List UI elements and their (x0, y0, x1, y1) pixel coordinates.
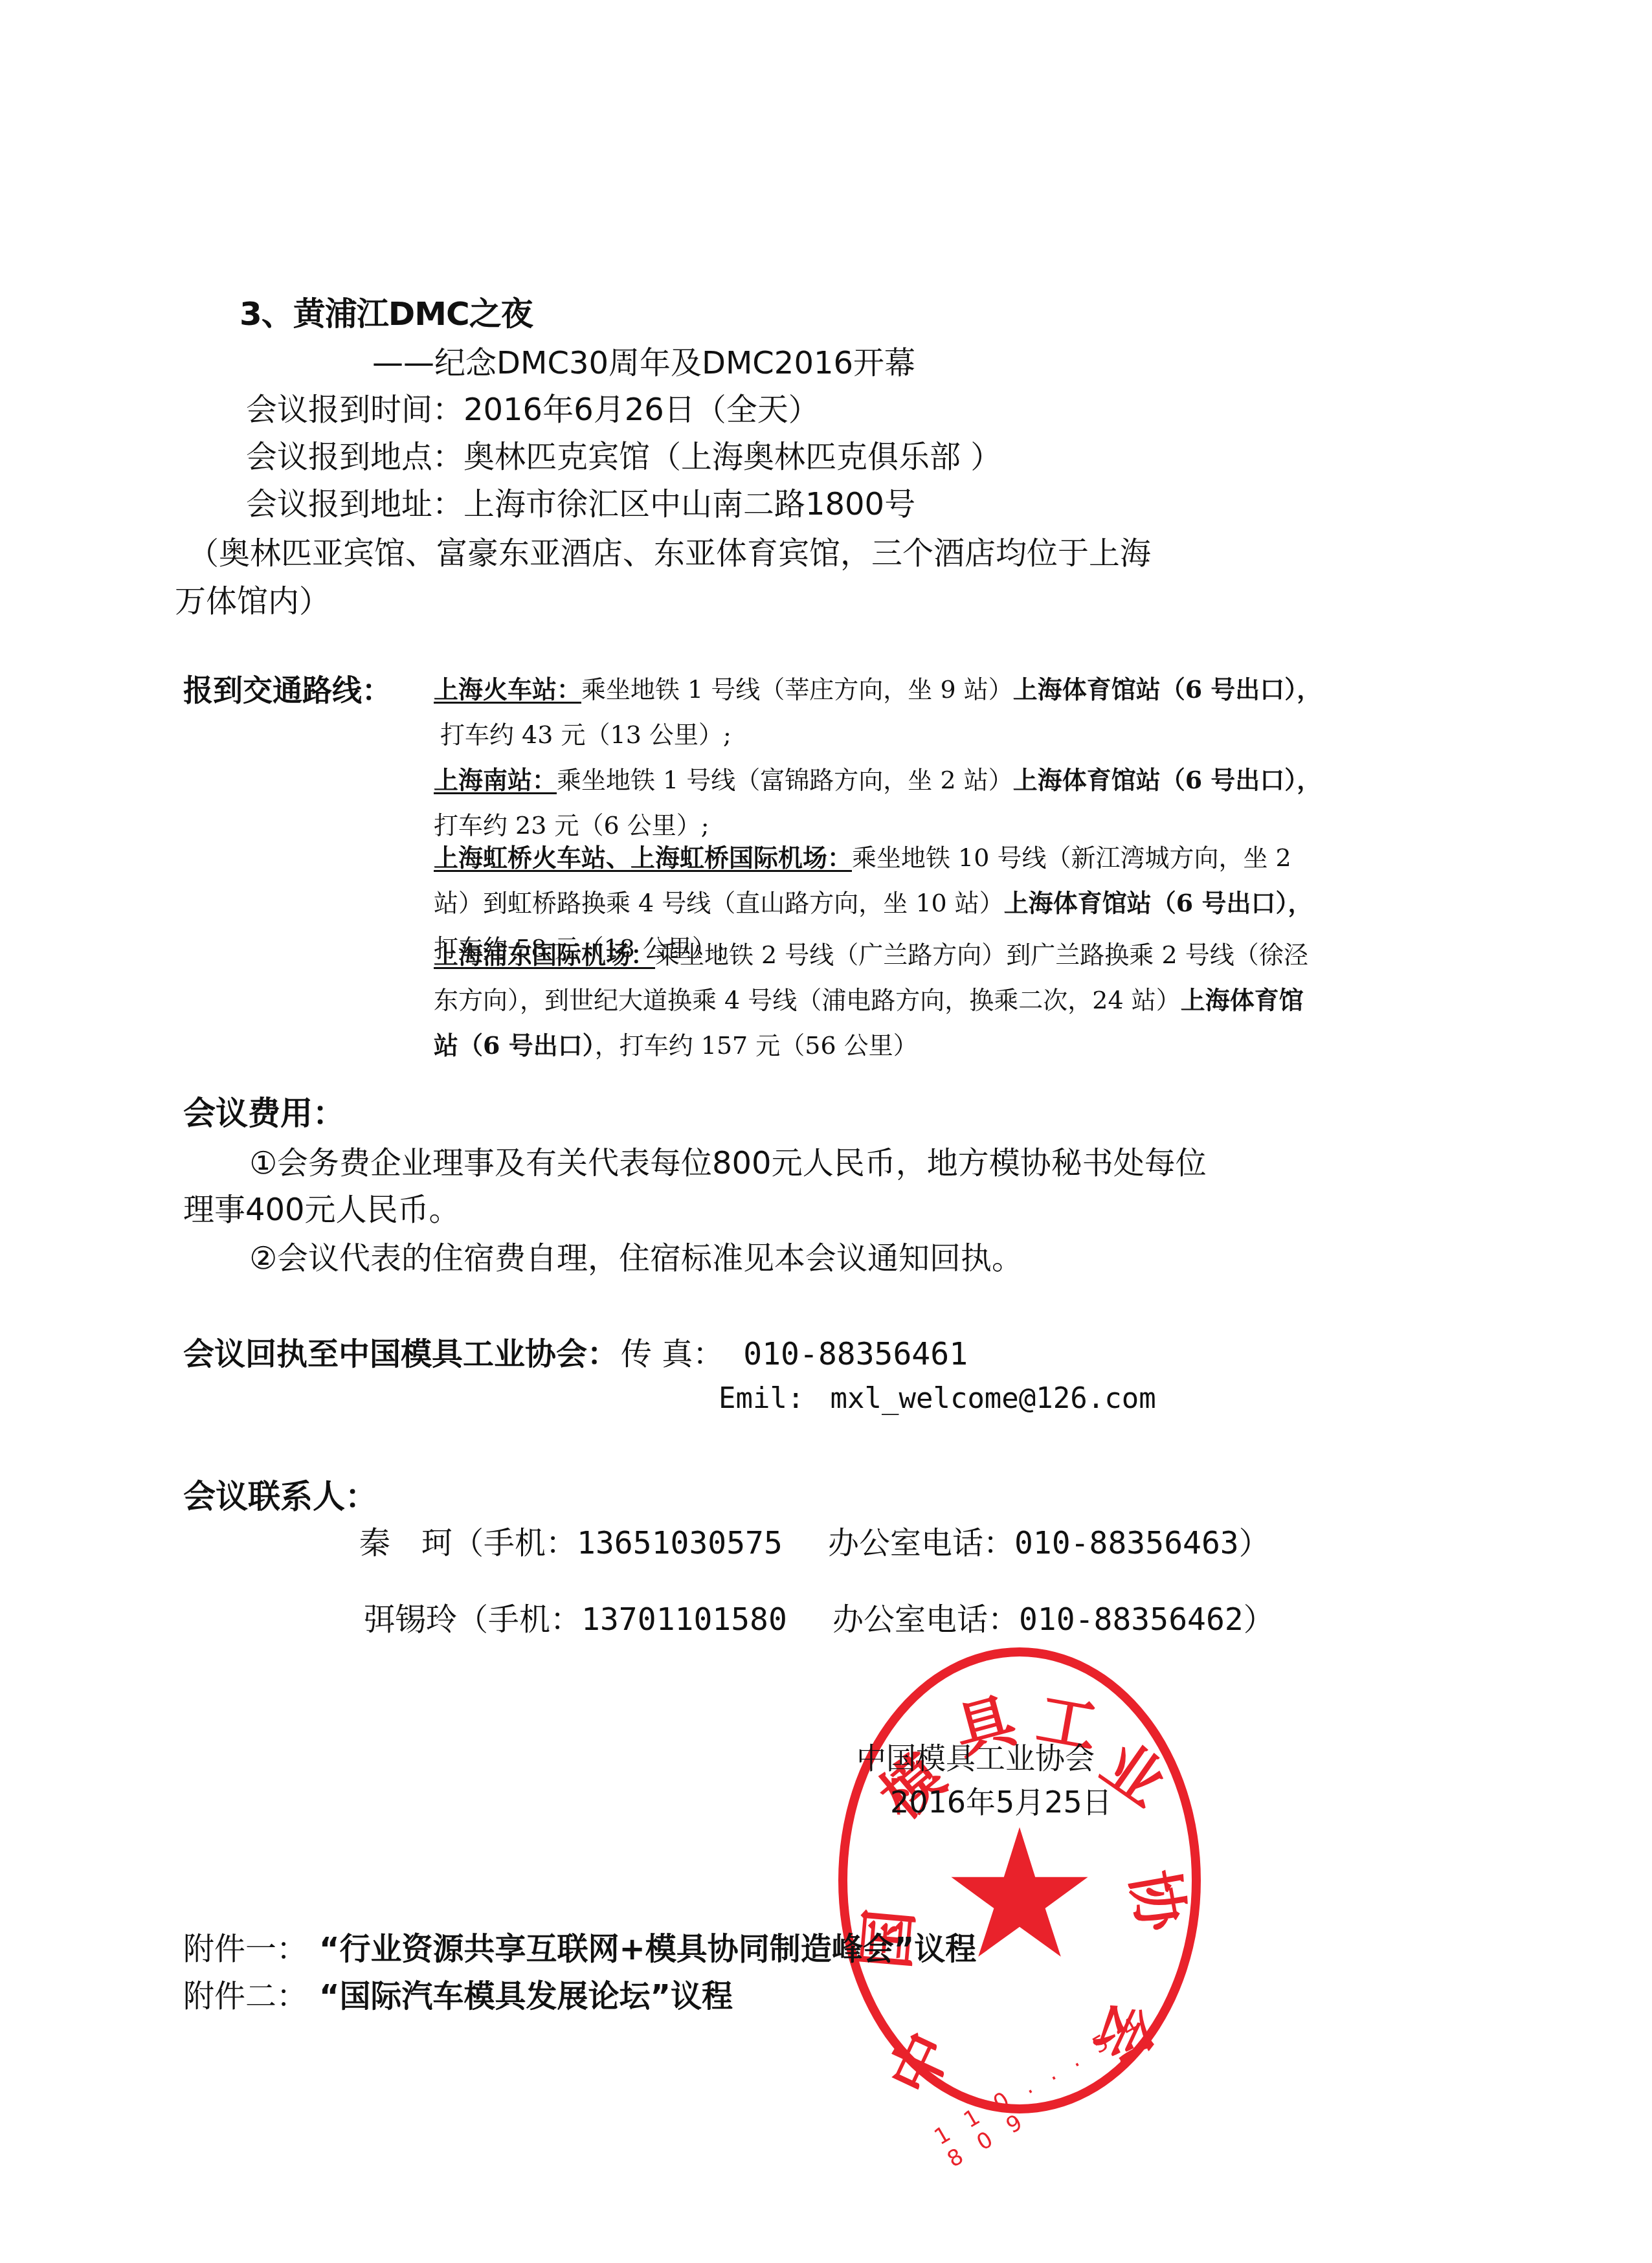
attachment-1: 附件一：“行业资源共享互联网+模具协同制造峰会”议程 (183, 1924, 976, 1968)
attachment-title[interactable]: “行业资源共享互联网+模具协同制造峰会”议程 (319, 1931, 976, 1967)
route-origin: 上海浦东国际机场： (434, 940, 655, 969)
contact-office-phone: 010-88356462） (1019, 1601, 1275, 1638)
contact-name: 弭锡玲 (364, 1601, 457, 1638)
signature-date: 2016年5月25日 (890, 1779, 1112, 1822)
route-shanghai-south: 上海南站：乘坐地铁 1 号线（富锦路方向，坐 2 站）上海体育馆站（6 号出口）… (434, 757, 1321, 848)
email-label: Emil: (719, 1382, 804, 1415)
contact-row: 弭锡玲（手机：13701101580办公室电话：010-88356462） (364, 1594, 1275, 1639)
receipt-label: 会议回执至中国模具工业协会： (183, 1336, 618, 1372)
route-origin: 上海南站： (434, 765, 557, 794)
contact-name: 秦 珂 (359, 1525, 452, 1561)
registration-place: 会议报到地点：奥林匹克宾馆（上海奥林匹克俱乐部 ） (246, 432, 1001, 476)
contact-mobile: 13701101580 (581, 1601, 787, 1638)
hotels-note-line1: （奥林匹亚宾馆、富豪东亚酒店、东亚体育宾馆，三个酒店均位于上海 (188, 528, 1151, 573)
fee-item-1-line2: 理事400元人民币。 (183, 1185, 460, 1229)
route-origin: 上海火车站： (434, 674, 581, 704)
fees-heading: 会议费用： (183, 1087, 345, 1134)
route-origin: 上海虹桥火车站、上海虹桥国际机场： (434, 843, 852, 872)
email-line: Emil:mxl_welcome@126.com (719, 1382, 1156, 1415)
contact-row: 秦 珂（手机：13651030575办公室电话：010-88356463） (359, 1518, 1270, 1563)
official-seal: 中 国 模 具 工 业 协 会 1 1 0 . . . 5 4 8 0 9 (838, 1647, 1201, 2113)
section-heading: 3、黄浦江DMC之夜 (240, 288, 533, 335)
hotels-note-line2: 万体馆内） (175, 576, 330, 621)
email-address[interactable]: mxl_welcome@126.com (830, 1382, 1155, 1415)
registration-time: 会议报到时间：2016年6月26日（全天） (246, 385, 820, 429)
contacts-heading: 会议联系人： (183, 1471, 377, 1517)
route-shanghai-railway: 上海火车站：乘坐地铁 1 号线（莘庄方向，坐 9 站）上海体育馆站（6 号出口）… (434, 667, 1321, 757)
signature-organization: 中国模具工业协会 (856, 1735, 1095, 1778)
route-pudong: 上海浦东国际机场：乘坐地铁 2 号线（广兰路方向）到广兰路换乘 2 号线（徐泾 … (434, 932, 1308, 1068)
attachment-title[interactable]: “国际汽车模具发展论坛”议程 (319, 1978, 733, 2014)
fax-number: 010-88356461 (743, 1336, 968, 1372)
seal-number: 1 1 0 . . . 5 4 8 0 9 (930, 1994, 1187, 2172)
contact-mobile: 13651030575 (577, 1525, 783, 1561)
attachment-2: 附件二：“国际汽车模具发展论坛”议程 (183, 1971, 733, 2016)
transport-label: 报到交通路线： (183, 667, 392, 709)
section-subheading: ——纪念DMC30周年及DMC2016开幕 (372, 338, 915, 383)
receipt-line: 会议回执至中国模具工业协会：传 真：010-88356461 (183, 1329, 968, 1374)
fax-label: 传 真： (621, 1336, 724, 1372)
registration-address: 会议报到地址：上海市徐汇区中山南二路1800号 (246, 479, 915, 524)
fee-item-1-line1: ①会务费企业理事及有关代表每位800元人民币，地方模协秘书处每位 (249, 1138, 1207, 1183)
fee-item-2: ②会议代表的住宿费自理，住宿标准见本会议通知回执。 (249, 1233, 1023, 1278)
contact-office-phone: 010-88356463） (1014, 1525, 1270, 1561)
